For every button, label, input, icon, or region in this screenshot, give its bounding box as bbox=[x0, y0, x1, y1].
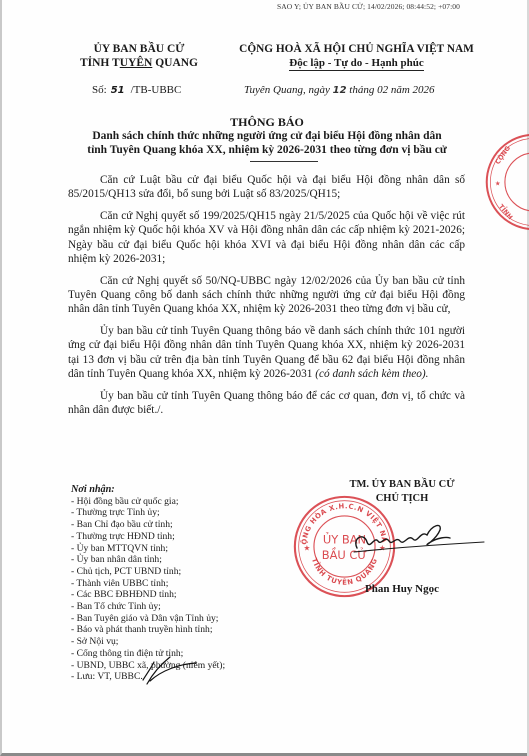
title-underline bbox=[250, 161, 318, 162]
number-prefix: Số: bbox=[92, 84, 107, 96]
digital-copy-stamp: SAO Y; ỦY BAN BẦU CỬ; 14/02/2026; 08:44:… bbox=[2, 2, 529, 11]
date-month: 02 bbox=[377, 84, 388, 96]
title-type: THÔNG BÁO bbox=[62, 115, 472, 129]
attachment-note: (có danh sách kèm theo). bbox=[315, 368, 428, 380]
recipient-item: - Các BBC ĐBHĐND tỉnh; bbox=[71, 589, 225, 601]
recipient-item: - Cổng thông tin điện tử tỉnh; bbox=[71, 648, 225, 660]
number-value: 51 bbox=[111, 85, 125, 96]
svg-text:TỈNH: TỈNH bbox=[497, 201, 516, 221]
issuer-line2: TỈNH TUYÊN QUANG bbox=[64, 56, 214, 70]
document-number: Số:51/TB-UBBC bbox=[92, 84, 181, 96]
svg-text:★: ★ bbox=[303, 543, 310, 552]
title-line2: tỉnh Tuyên Quang khóa XX, nhiệm kỳ 2026-… bbox=[62, 143, 472, 157]
recipient-item: - Ban Tuyên giáo và Dân vận Tỉnh ủy; bbox=[71, 613, 225, 625]
issuer-line2-underlined: UYÊN bbox=[120, 57, 153, 69]
document-body: Căn cứ Luật bầu cử đại biểu Quốc hội và … bbox=[68, 173, 465, 425]
svg-text:★: ★ bbox=[379, 543, 386, 552]
issuer-line2-pre: TỈNH T bbox=[80, 57, 120, 69]
recipient-item: - UBND, UBBC xã, phường (niêm yết); bbox=[71, 660, 225, 672]
recipient-item: - Báo và phát thanh truyền hình tỉnh; bbox=[71, 624, 225, 636]
recipient-item: - Lưu: VT, UBBC. bbox=[71, 671, 225, 683]
recipient-item: - Sở Nội vụ; bbox=[71, 636, 225, 648]
recipient-item: - Thành viên UBBC tỉnh; bbox=[71, 578, 225, 590]
date-month-label: tháng bbox=[349, 84, 374, 96]
national-header: CỘNG HOÀ XÃ HỘI CHỦ NGHĨA VIỆT NAM Độc l… bbox=[234, 42, 479, 70]
recipients-heading: Nơi nhận: bbox=[71, 484, 225, 496]
svg-text:BẦU CỬ: BẦU CỬ bbox=[322, 546, 368, 562]
recipient-item: - Ban Tổ chức Tỉnh ủy; bbox=[71, 601, 225, 613]
recipient-item: - Thường trực HĐND tỉnh; bbox=[71, 531, 225, 543]
recipients-list: Nơi nhận: - Hội đồng bầu cử quốc gia;- T… bbox=[71, 484, 225, 683]
issuer-line1: ỦY BAN BẦU CỬ bbox=[64, 42, 214, 56]
body-paragraph: Ủy ban bầu cử tỉnh Tuyên Quang thông báo… bbox=[68, 324, 465, 381]
motto-text: Độc lập - Tự do - Hạnh phúc bbox=[289, 57, 423, 71]
body-paragraph: Ủy ban bầu cử tỉnh Tuyên Quang thông báo… bbox=[68, 389, 465, 418]
nation-name: CỘNG HOÀ XÃ HỘI CHỦ NGHĨA VIỆT NAM bbox=[234, 42, 479, 56]
document-date: Tuyên Quang, ngày 12 tháng 02 năm 2026 bbox=[244, 84, 435, 96]
body-paragraph: Căn cứ Nghị quyết số 50/NQ-UBBC ngày 12/… bbox=[68, 274, 465, 317]
number-suffix: /TB-UBBC bbox=[131, 84, 182, 96]
recipient-item: - Ủy ban nhân dân tỉnh; bbox=[71, 554, 225, 566]
issuer-header: ỦY BAN BẦU CỬ TỈNH TUYÊN QUANG bbox=[64, 42, 214, 70]
body-paragraph: Căn cứ Nghị quyết số 199/2025/QH15 ngày … bbox=[68, 209, 465, 266]
recipient-item: - Chủ tịch, PCT UBND tỉnh; bbox=[71, 566, 225, 578]
svg-text:★: ★ bbox=[495, 181, 501, 188]
recipient-item: - Ủy ban MTTQVN tỉnh; bbox=[71, 543, 225, 555]
page-seal-edge-icon: ★ CỘNG TỈNH bbox=[484, 132, 529, 232]
date-year-label: năm bbox=[391, 84, 410, 96]
recipients-items: - Hội đồng bầu cử quốc gia;- Thường trực… bbox=[71, 496, 225, 683]
on-behalf-label: TM. ỦY BAN BẦU CỬ bbox=[312, 478, 492, 492]
nation-motto: Độc lập - Tự do - Hạnh phúc bbox=[234, 56, 479, 70]
date-place: Tuyên Quang, ngày bbox=[244, 84, 330, 96]
date-year: 2026 bbox=[413, 84, 435, 96]
document-page: SAO Y; ỦY BAN BẦU CỬ; 14/02/2026; 08:44:… bbox=[0, 0, 529, 756]
recipient-item: - Thường trực Tỉnh ủy; bbox=[71, 507, 225, 519]
recipient-item: - Ban Chỉ đạo bầu cử tỉnh; bbox=[71, 519, 225, 531]
document-title: THÔNG BÁO Danh sách chính thức những ngư… bbox=[62, 115, 472, 157]
signer-name: Phan Huy Ngọc bbox=[322, 583, 482, 595]
date-day: 12 bbox=[333, 85, 347, 96]
body-paragraph: Căn cứ Luật bầu cử đại biểu Quốc hội và … bbox=[68, 173, 465, 202]
issuer-line2-post: QUANG bbox=[152, 57, 198, 69]
title-line1: Danh sách chính thức những người ứng cử … bbox=[62, 129, 472, 143]
recipient-item: - Hội đồng bầu cử quốc gia; bbox=[71, 496, 225, 508]
svg-text:ỦY BAN: ỦY BAN bbox=[323, 531, 366, 547]
